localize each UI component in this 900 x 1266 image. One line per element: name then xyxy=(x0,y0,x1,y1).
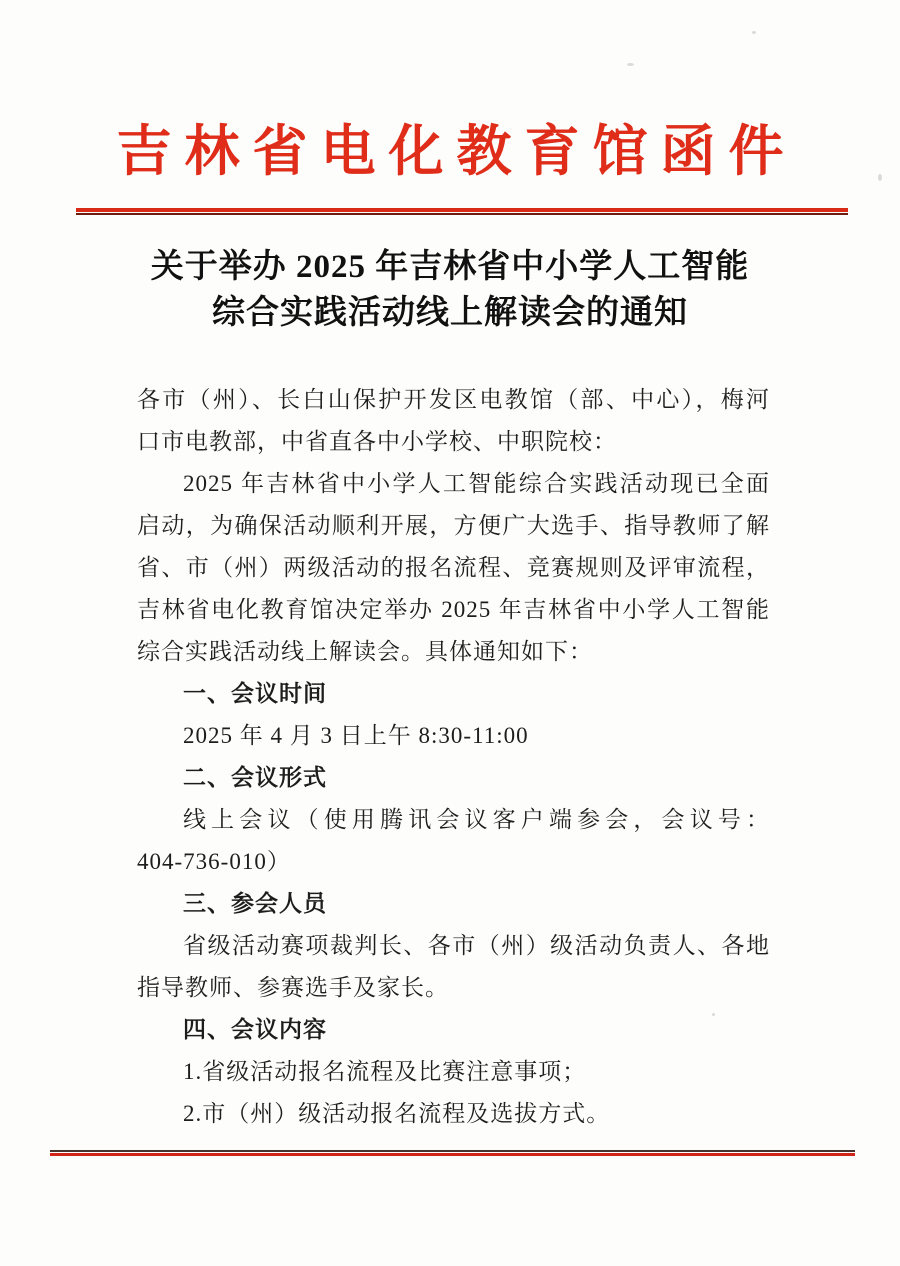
body-line-intro-1: 2025 年吉林省中小学人工智能综合实践活动现已全面 xyxy=(137,463,770,505)
body-line-intro-4: 吉林省电化教育馆决定举办 2025 年吉林省中小学人工智能 xyxy=(137,589,770,631)
participants-line-1: 省级活动赛项裁判长、各市（州）级活动负责人、各地 xyxy=(137,925,770,967)
scan-artifact xyxy=(878,174,882,181)
meeting-time-value: 2025 年 4 月 3 日上午 8:30-11:00 xyxy=(137,715,770,757)
notice-title-line1: 关于举办 2025 年吉林省中小学人工智能 xyxy=(0,244,900,290)
content-item-2: 2.市（州）级活动报名流程及选拔方式。 xyxy=(137,1093,770,1135)
section-heading-meeting-time: 一、会议时间 xyxy=(137,673,770,715)
scan-artifact xyxy=(752,31,756,34)
notice-body: 各市（州）、长白山保护开发区电教馆（部、中心），梅河 口市电教部，中省直各中小学… xyxy=(137,379,770,1135)
scanned-notice-page: 吉林省电化教育馆函件 关于举办 2025 年吉林省中小学人工智能 综合实践活动线… xyxy=(0,0,900,1266)
footer-divider-rule xyxy=(50,1150,855,1156)
notice-title-line2: 综合实践活动线上解读会的通知 xyxy=(0,290,900,336)
body-line-recipients-2: 口市电教部，中省直各中小学校、中职院校： xyxy=(137,421,770,463)
body-line-recipients-1: 各市（州）、长白山保护开发区电教馆（部、中心），梅河 xyxy=(137,379,770,421)
meeting-id-value: 404-736-010） xyxy=(137,841,770,883)
section-heading-participants: 三、参会人员 xyxy=(137,883,770,925)
meeting-format-line-1: 线上会议（使用腾讯会议客户端参会，会议号： xyxy=(137,799,770,841)
scan-artifact xyxy=(712,1013,715,1016)
letterhead-divider-rule xyxy=(76,208,848,215)
body-line-intro-5: 综合实践活动线上解读会。具体通知如下： xyxy=(137,631,770,673)
body-line-intro-3: 省、市（州）两级活动的报名流程、竞赛规则及评审流程， xyxy=(137,547,770,589)
scan-artifact xyxy=(627,63,634,66)
content-item-1: 1.省级活动报名流程及比赛注意事项； xyxy=(137,1051,770,1093)
body-line-intro-2: 启动，为确保活动顺利开展，方便广大选手、指导教师了解 xyxy=(137,505,770,547)
notice-title: 关于举办 2025 年吉林省中小学人工智能 综合实践活动线上解读会的通知 xyxy=(0,244,900,336)
section-heading-meeting-content: 四、会议内容 xyxy=(137,1009,770,1051)
section-heading-meeting-format: 二、会议形式 xyxy=(137,757,770,799)
letterhead-title: 吉林省电化教育馆函件 xyxy=(0,120,900,184)
participants-line-2: 指导教师、参赛选手及家长。 xyxy=(137,967,770,1009)
